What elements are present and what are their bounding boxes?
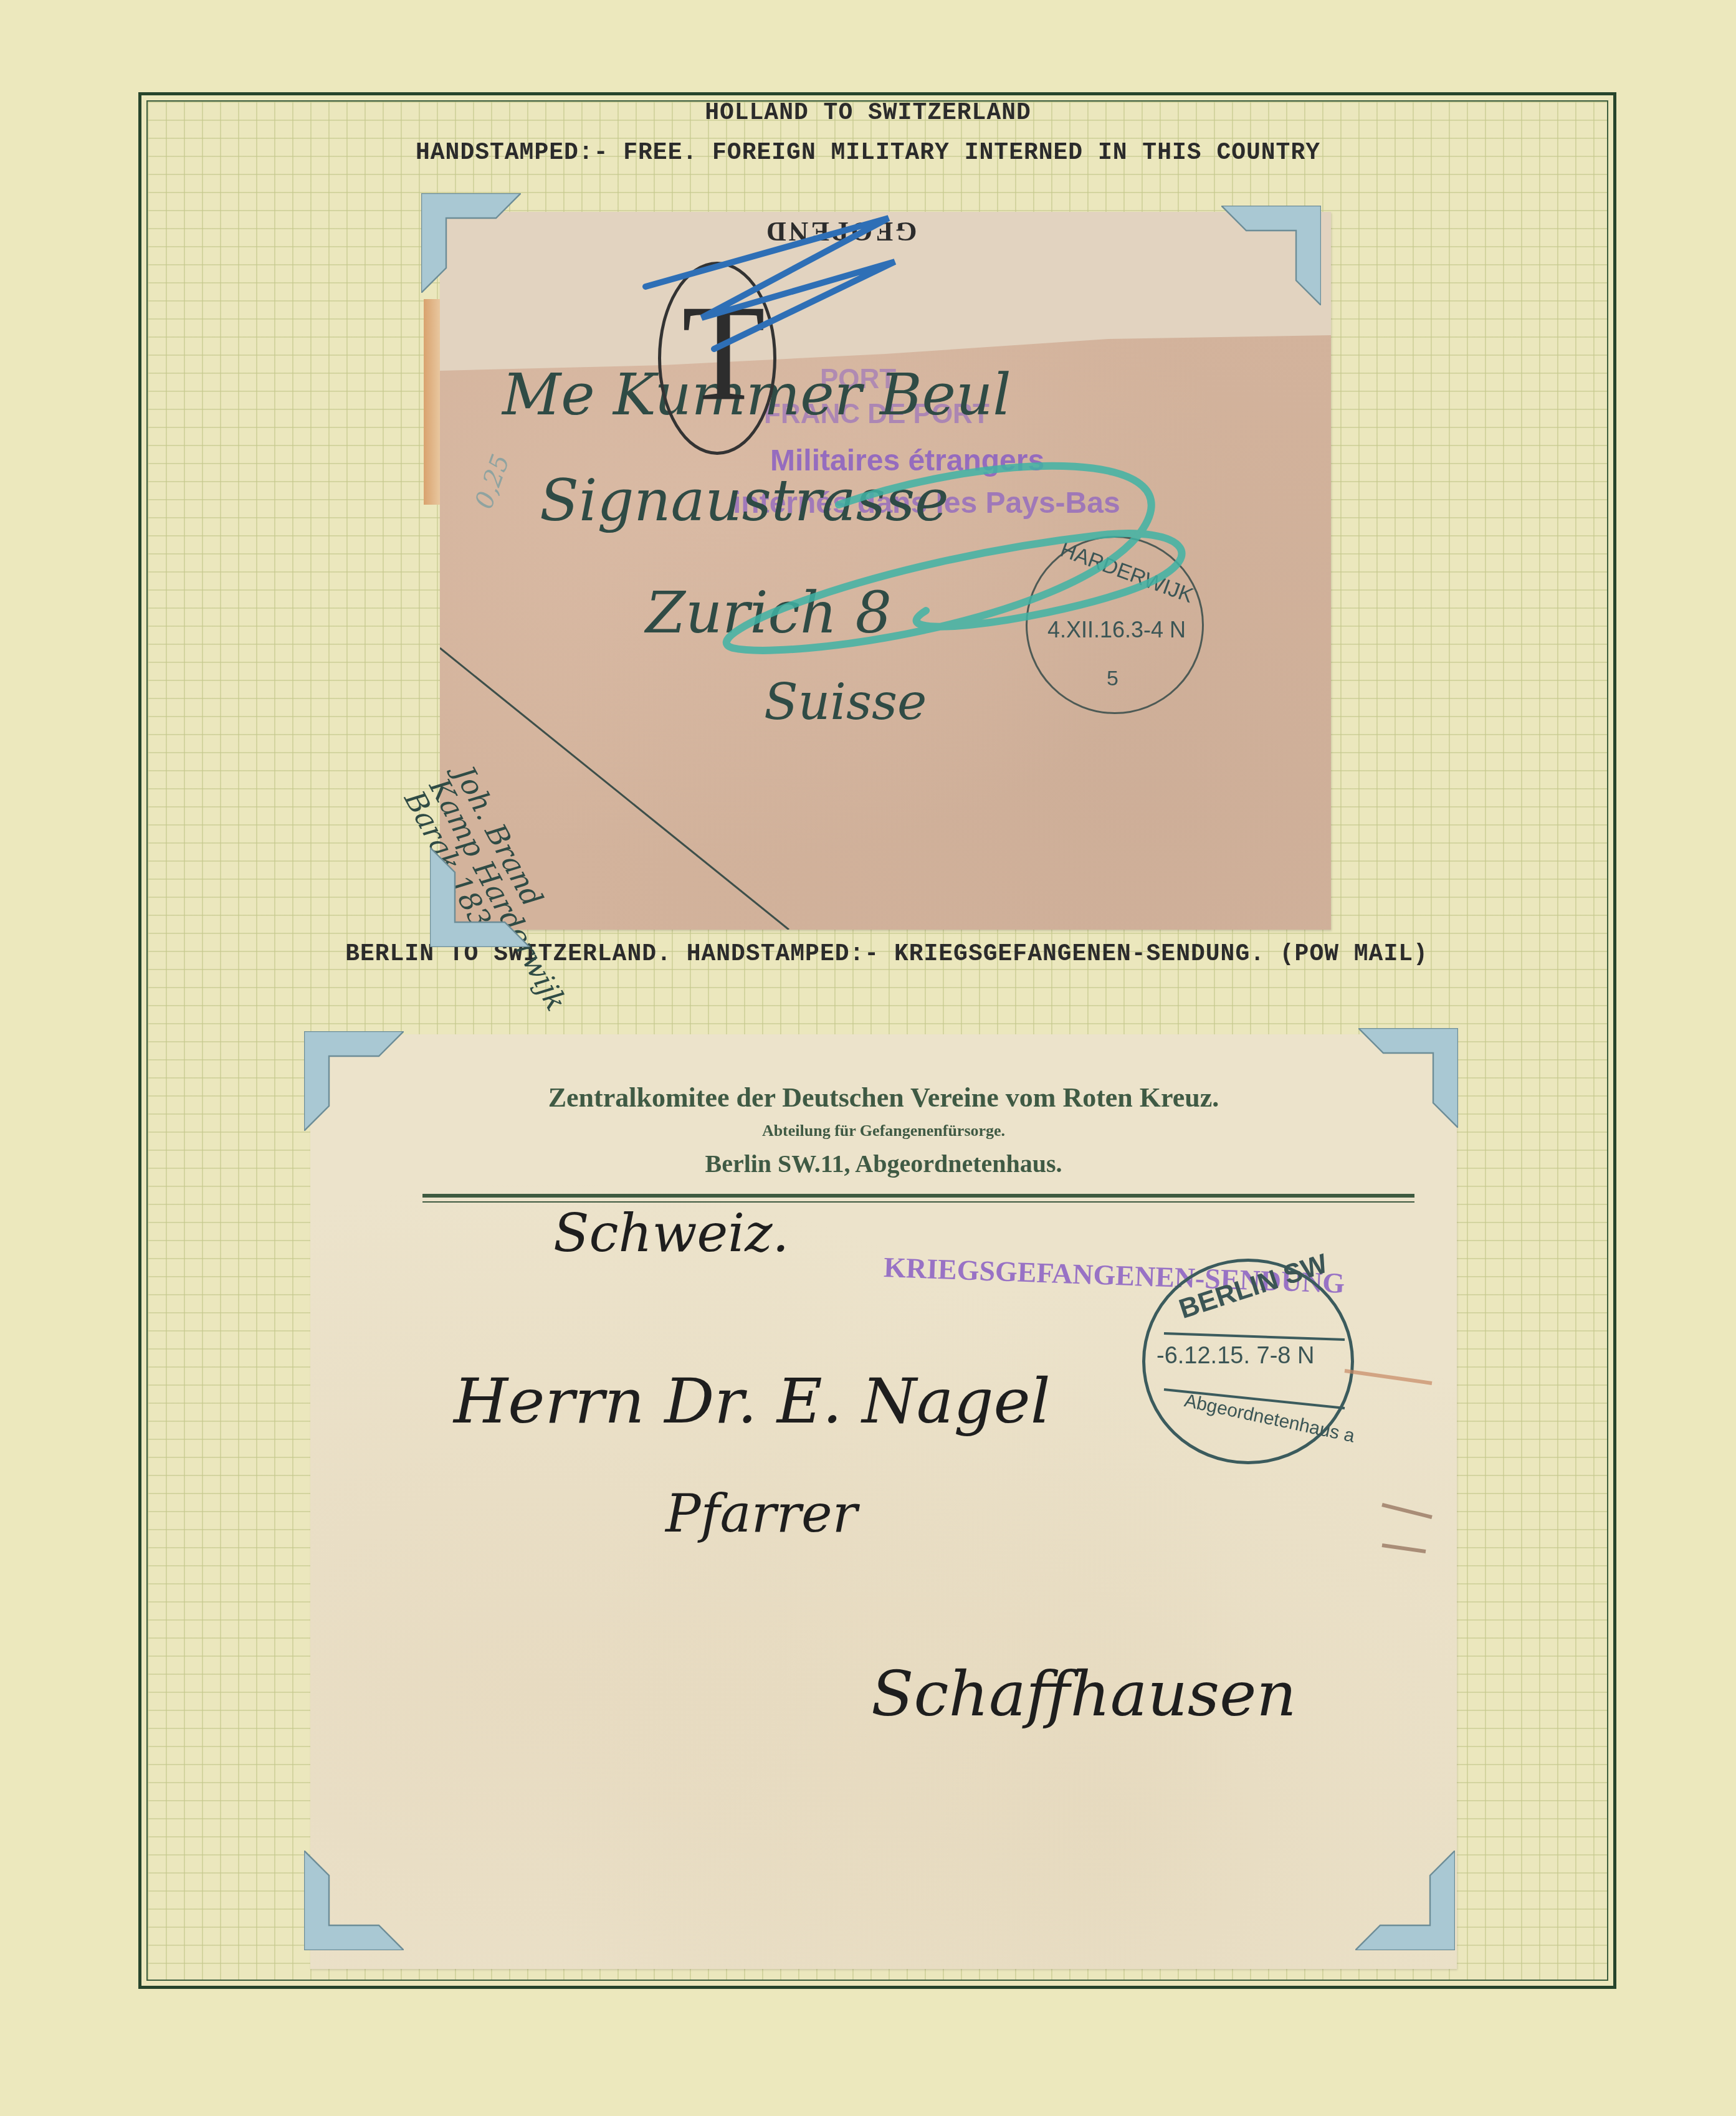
envelope-edge-stain xyxy=(424,299,440,505)
berlin-postmark-date: -6.12.15. 7-8 N xyxy=(1157,1343,1314,1370)
second-cover-caption: BERLIN TO SWITZERLAND. HANDSTAMPED:- KRI… xyxy=(19,941,1736,968)
postmark-date: 4.XII.16.3-4 N xyxy=(1047,617,1186,643)
inverted-flap-text: GEOPEND xyxy=(764,216,917,247)
corner-mount-bottom-right-2 xyxy=(1355,1851,1455,1950)
address-country: Schweiz. xyxy=(553,1203,789,1264)
corner-mount-top-left xyxy=(421,193,521,293)
cover-holland-switzerland: GEOPEND PORT FRANC DE PORT Militaires ét… xyxy=(440,212,1331,930)
address-line-3: Zurich 8 xyxy=(646,579,892,646)
pencil-rate-note: 0,25 xyxy=(470,450,516,512)
postage-due-mark: T xyxy=(682,274,765,432)
corner-mount-top-right xyxy=(1221,206,1321,305)
page-title: HOLLAND TO SWITZERLAND xyxy=(0,100,1736,126)
address-recipient: Herrn Dr. E. Nagel xyxy=(454,1365,1051,1437)
cover-berlin-switzerland: Zentralkomitee der Deutschen Vereine vom… xyxy=(310,1034,1457,1969)
address-line-2: Signaustrasse xyxy=(540,467,949,534)
letterhead-address: Berlin SW.11, Abgeordnetenhaus. xyxy=(310,1149,1457,1178)
address-city: Schaffhausen xyxy=(871,1657,1297,1730)
letterhead-org: Zentralkomitee der Deutschen Vereine vom… xyxy=(310,1082,1457,1113)
letterhead-rule-thick xyxy=(422,1194,1414,1198)
corner-mount-top-left-2 xyxy=(304,1031,404,1131)
page-subtitle: HANDSTAMPED:- FREE. FOREIGN MILITARY INT… xyxy=(0,140,1736,166)
corner-mount-bottom-left-2 xyxy=(304,1851,404,1950)
letterhead-dept: Abteilung für Gefangenenfürsorge. xyxy=(310,1122,1457,1140)
address-title: Pfarrer xyxy=(665,1483,857,1544)
postmark-number: 5 xyxy=(1107,667,1118,691)
corner-mount-top-right-2 xyxy=(1358,1028,1458,1128)
address-line-4: Suisse xyxy=(764,673,927,731)
corner-mount-bottom-left xyxy=(430,847,530,947)
